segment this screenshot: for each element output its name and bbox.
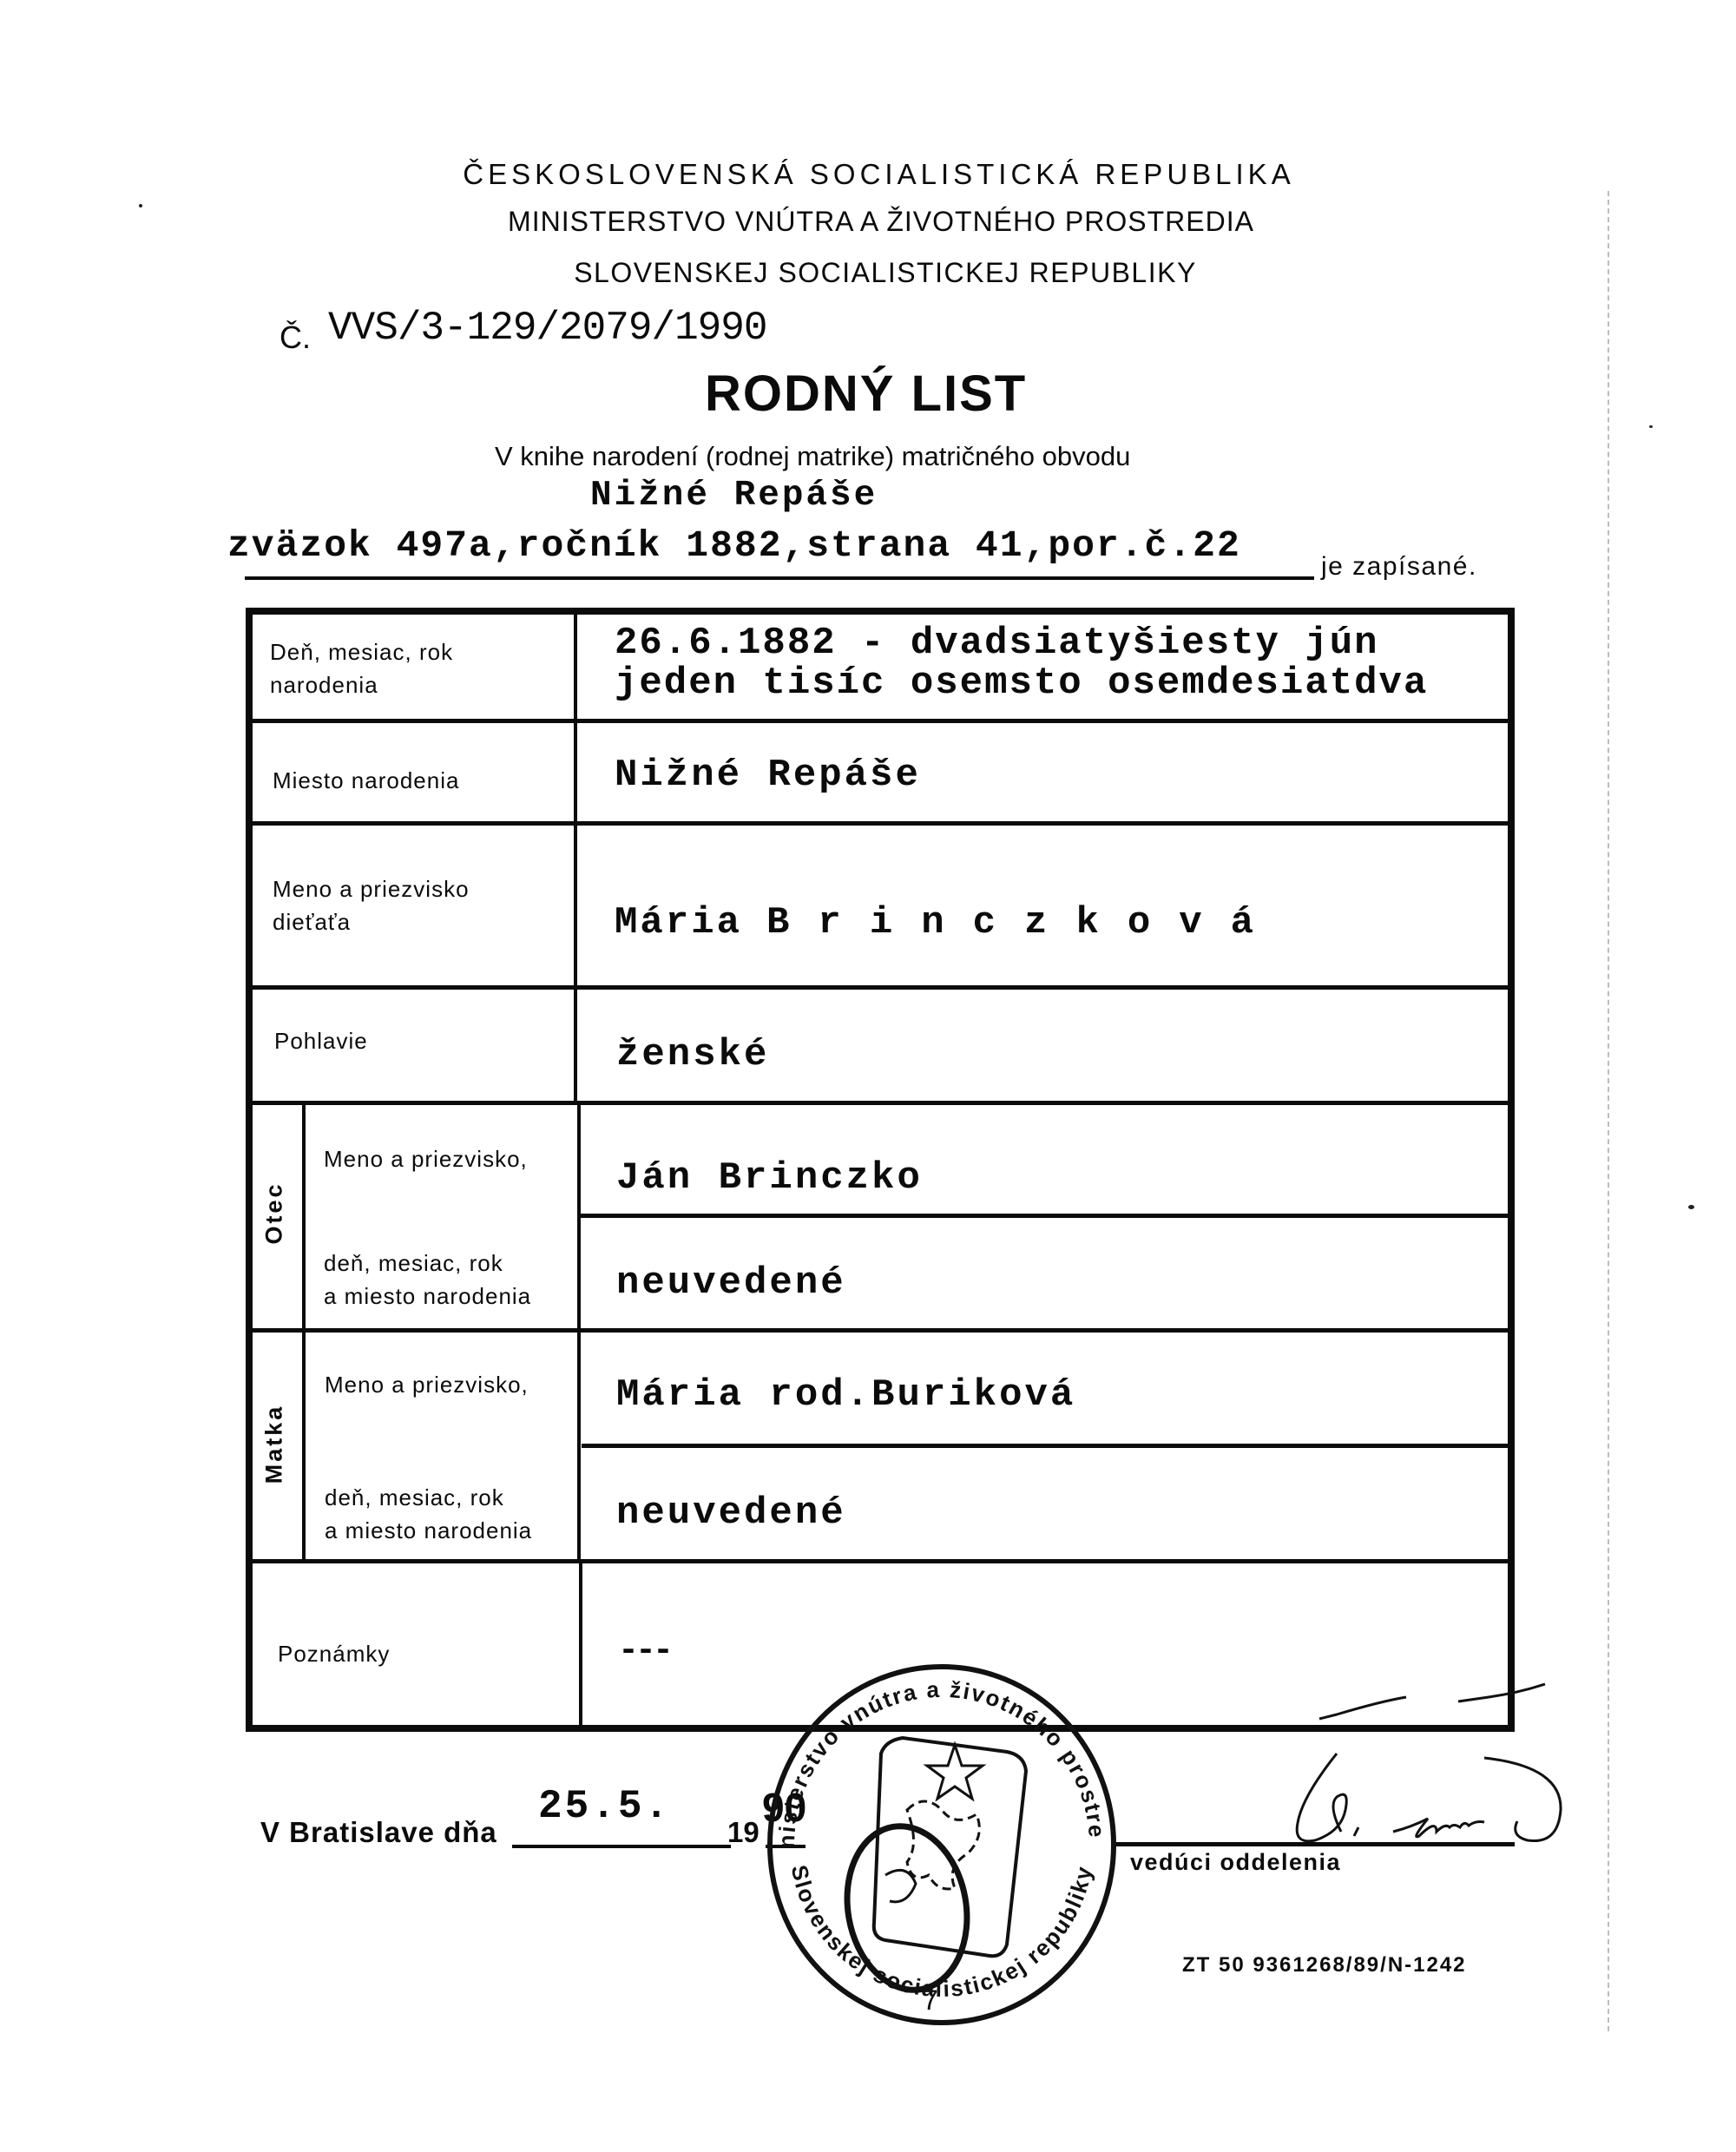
label-line: a miesto narodenia: [324, 1280, 531, 1313]
row-divider: [246, 1101, 1515, 1105]
label-mother-birth: deň, mesiac, rok a miesto narodenia: [325, 1481, 532, 1547]
svg-text:Ministerstvo vnútra a životnéh: Ministerstvo vnútra a životného prostred…: [755, 1658, 1110, 1849]
group-label-father: Otec: [261, 1144, 288, 1283]
register-underline: [245, 576, 1314, 580]
row-divider: [246, 719, 1515, 723]
value-birth-date: 26.6.1882 - dvadsiatyšiesty jún jeden ti…: [615, 623, 1428, 703]
issue-place-label: V Bratislave dňa: [260, 1816, 497, 1849]
label-line: narodenia: [270, 668, 453, 701]
value-child-name: MáriaBrinczková: [615, 901, 1282, 944]
document-title: RODNÝ LIST: [705, 365, 1027, 423]
column-divider: [579, 1559, 582, 1732]
label-birth-place: Miesto narodenia: [273, 764, 459, 797]
value-line: jeden tisíc osemsto osemdesiatdva: [615, 663, 1428, 703]
value-sex: ženské: [616, 1033, 769, 1076]
label-line: Meno a priezvisko: [273, 872, 470, 905]
group-column-divider: [302, 1101, 306, 1561]
child-last-name: Brinczková: [766, 901, 1282, 944]
value-birth-place: Nižné Repáše: [615, 754, 921, 797]
row-divider: [246, 985, 1515, 990]
registry-district: Nižné Repáše: [590, 476, 878, 516]
value-notes: ---: [618, 1632, 670, 1671]
scan-speck: [139, 204, 142, 207]
label-line: dieťaťa: [273, 905, 470, 938]
row-divider: [246, 821, 1515, 826]
scan-speck: [1649, 425, 1653, 428]
date-underline: [512, 1845, 731, 1848]
label-father-birth: deň, mesiac, rok a miesto narodenia: [324, 1247, 531, 1313]
scan-margin-line: [1608, 191, 1609, 2031]
value-mother-birth: neuvedené: [616, 1491, 846, 1535]
official-stamp-icon: Ministerstvo vnútra a životného prostred…: [755, 1658, 1128, 2031]
row-divider: [246, 1328, 1515, 1333]
label-line: a miesto narodenia: [325, 1514, 532, 1547]
reference-prefix: Č.: [279, 319, 311, 356]
stamp-text-top: Ministerstvo vnútra a životného prostred…: [755, 1658, 1110, 1849]
form-code: ZT 50 9361268/89/N-1242: [1182, 1953, 1467, 1978]
signature-icon: [1198, 1667, 1562, 1866]
child-first-name: Mária: [615, 901, 742, 944]
row-divider: [582, 1444, 1515, 1448]
issuer-country: ČESKOSLOVENSKÁ SOCIALISTICKÁ REPUBLIKA: [399, 158, 1358, 191]
column-divider: [577, 1101, 581, 1561]
label-sex: Pohlavie: [274, 1024, 368, 1057]
scan-speck: [1688, 1205, 1694, 1209]
row-divider: [580, 1214, 1515, 1218]
value-line: 26.6.1882 - dvadsiatyšiesty jún: [615, 623, 1428, 663]
registered-suffix: je zapísané.: [1321, 552, 1477, 582]
group-label-mother: Matka: [261, 1375, 288, 1514]
label-child-name: Meno a priezvisko dieťaťa: [273, 872, 470, 938]
value-father-birth: neuvedené: [616, 1261, 846, 1305]
label-birth-date: Deň, mesiac, rok narodenia: [270, 635, 453, 701]
issue-date: 25.5.: [538, 1784, 671, 1829]
label-father-name: Meno a priezvisko,: [324, 1142, 528, 1175]
label-mother-name: Meno a priezvisko,: [325, 1368, 529, 1401]
issuer-ministry: MINISTERSTVO VNÚTRA A ŽIVOTNÉHO PROSTRED…: [451, 206, 1311, 238]
label-notes: Poznámky: [278, 1637, 390, 1670]
label-line: Deň, mesiac, rok: [270, 635, 453, 668]
register-entry: zväzok 497a,ročník 1882,strana 41,por.č.…: [227, 524, 1241, 567]
value-mother-name: Mária rod.Buriková: [616, 1373, 1075, 1417]
value-father-name: Ján Brinczko: [616, 1156, 923, 1200]
intro-text: V knihe narodení (rodnej matrike) matrič…: [495, 441, 1130, 472]
reference-number: VVS/3-129/2079/1990: [328, 306, 767, 351]
label-line: deň, mesiac, rok: [325, 1481, 532, 1514]
label-line: deň, mesiac, rok: [324, 1247, 531, 1280]
column-divider: [574, 608, 577, 1102]
issuer-republic: SLOVENSKEJ SOCIALISTICKEJ REPUBLIKY: [521, 257, 1250, 289]
row-divider: [246, 1559, 1515, 1563]
stamp-number: 7: [923, 1984, 938, 2016]
